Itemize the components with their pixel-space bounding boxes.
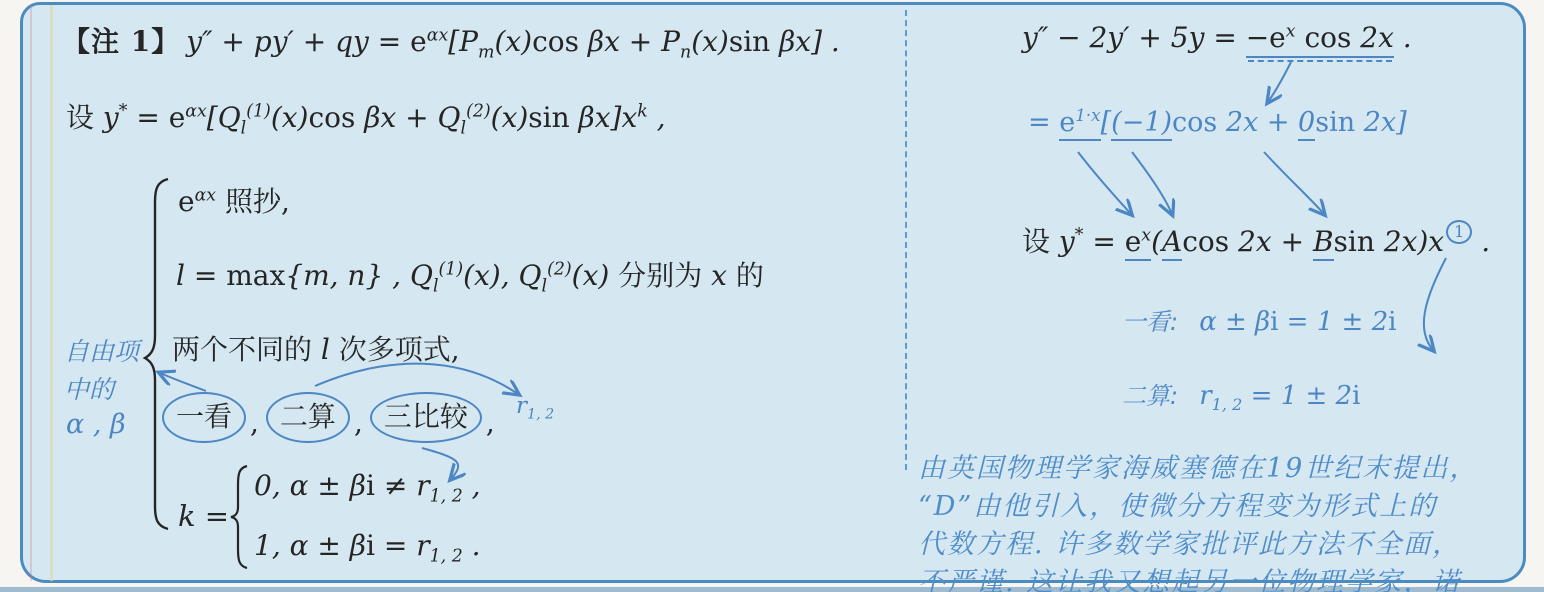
step-compare: 三比较 <box>384 400 468 433</box>
step-look: 一看 <box>176 400 232 433</box>
look-result: α ± βi = 1 ± 2i <box>1199 307 1396 337</box>
step-separator: , <box>354 405 363 440</box>
step-separator: , <box>250 405 259 440</box>
page-edge-line <box>30 5 32 581</box>
heaviside-paragraph-line3: 代数方程. 许多数学家批评此方法不全面， <box>918 522 1461 561</box>
case-brace <box>228 464 250 570</box>
ansatz-equation: 设 y* = ex(Acos 2x + Bsin 2x)x1 . <box>1022 220 1490 259</box>
margin-note-alpha-beta: α , β <box>66 408 126 442</box>
textbook-scan-page: 【注 1】y″ + py′ + qy = eαx[Pm(x)cos βx + P… <box>0 0 1544 592</box>
rule-copy-exponential: eαx 照抄, <box>178 184 290 219</box>
k-case-not-equal: 0, α ± βi ≠ r1, 2 , <box>254 468 481 503</box>
particular-solution-ansatz: 设 y* = eαx[Ql(1)(x)cos βx + Ql(2)(x)sin … <box>66 100 666 135</box>
compute-result: r1, 2 = 1 ± 2i <box>1199 381 1360 411</box>
compute-result-row: 二算: r1, 2 = 1 ± 2i <box>1122 376 1360 413</box>
look-label: 一看: <box>1122 308 1178 336</box>
heaviside-paragraph-line2: “D”由他引入，使微分方程变为形式上的 <box>918 484 1437 523</box>
note1-label: 【注 1】 <box>62 25 180 58</box>
rule-l-max-polynomials: l = max{m, n} , Ql(1)(x), Ql(2)(x) 分别为 x… <box>176 258 764 293</box>
step-compute: 二算 <box>280 400 336 433</box>
system-brace <box>142 176 172 532</box>
case-brace-path <box>231 466 247 568</box>
roots-label: r1, 2 <box>516 392 554 421</box>
page-crease-line <box>50 5 53 581</box>
k-case-equal: 1, α ± βi = r1, 2 . <box>254 528 481 563</box>
k-equation-lead: k = <box>178 498 229 534</box>
step-compute-oval: 二算 <box>266 392 350 443</box>
step-compare-oval: 三比较 <box>370 392 482 443</box>
step-separator: , <box>486 405 495 440</box>
three-steps-row: 一看 , 二算 , 三比较 , <box>162 392 499 443</box>
column-divider-dashed <box>905 10 907 470</box>
step-look-oval: 一看 <box>162 392 246 443</box>
margin-note-line1: 自由项 <box>64 332 139 368</box>
general-equation: y″ + py′ + qy = eαx[Pm(x)cos βx + Pn(x)s… <box>186 25 840 58</box>
system-brace-path <box>145 179 168 529</box>
heaviside-paragraph-line4: 不严谨. 这让我又想起另一位物理学家，诺 <box>918 560 1461 592</box>
look-result-row: 一看: α ± βi = 1 ± 2i <box>1122 302 1396 339</box>
compute-label: 二算: <box>1122 382 1178 410</box>
rhs-equation: y″ − 2y′ + 5y = −ex cos 2x . <box>1022 20 1412 55</box>
margin-note-line2: 中的 <box>64 370 114 406</box>
note1-general-equation: 【注 1】y″ + py′ + qy = eαx[Pm(x)cos βx + P… <box>62 24 840 59</box>
rule-two-polynomials: 两个不同的 l 次多项式, <box>172 332 460 367</box>
rhs-rewrite-blue: = e1·x[(−1)cos 2x + 0sin 2x] <box>1028 106 1407 140</box>
heaviside-paragraph-line1: 由英国物理学家海威塞德在19世纪末提出， <box>918 446 1478 485</box>
